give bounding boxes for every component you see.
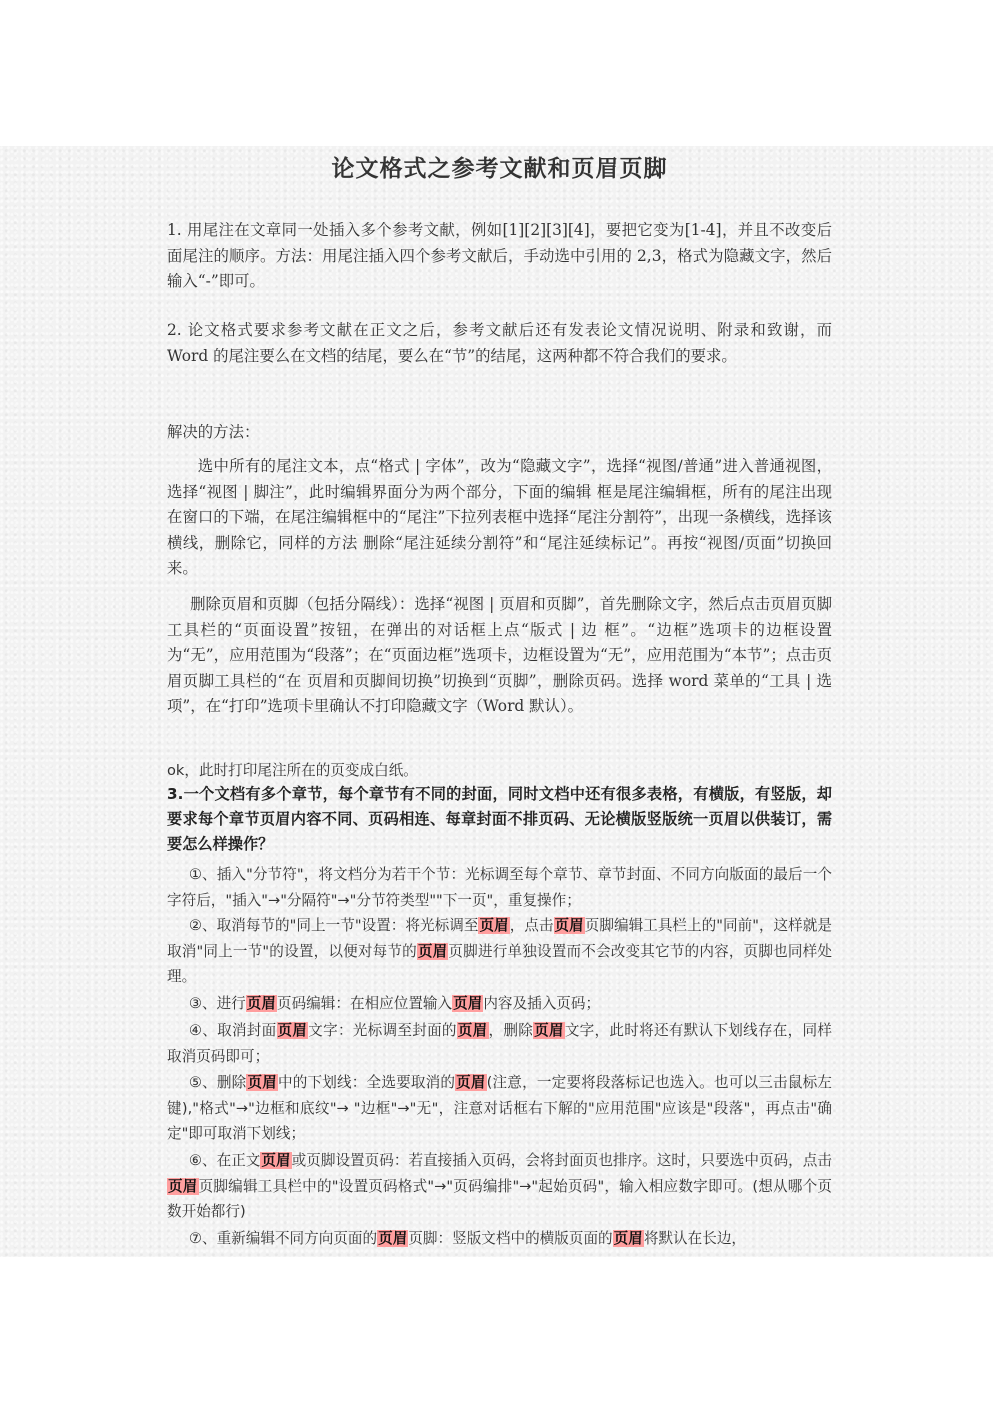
paragraph-2: 2. 论文格式要求参考文献在正文之后，参考文献后还有发表论文情况说明、附录和致谢…	[167, 318, 832, 369]
step-6-text-a: ⑥、在正文	[189, 1152, 261, 1169]
highlight-header-term: 页眉	[377, 1230, 408, 1247]
paragraph-ok: ok，此时打印尾注所在的页变成白纸。	[167, 758, 832, 784]
step-6-text-b: 或页脚设置页码：若直接插入页码，会将封面页也排序。这时，只要选中页码，点击	[292, 1152, 832, 1169]
highlight-header-term: 页眉	[455, 1074, 487, 1091]
paragraph-delete-header-footer: 删除页眉和页脚（包括分隔线）：选择“视图 | 页眉和页脚”，首先删除文字，然后点…	[167, 592, 832, 720]
step-1: ①、插入"分节符"，将文档分为若干个节：光标调至每个章节、章节封面、不同方向版面…	[167, 862, 832, 913]
step-7-text-b: 页脚：竖版文档中的横版页面的	[408, 1230, 612, 1247]
step-6-text-c: 页脚编辑工具栏中的"设置页码格式"→"页码编排"→"起始页码"，输入相应数字即可…	[167, 1178, 832, 1221]
step-2: ②、取消每节的"同上一节"设置：将光标调至页眉，点击页眉页脚编辑工具栏上的"同前…	[167, 913, 832, 990]
step-4-text-c: ，删除	[489, 1022, 534, 1039]
highlight-header-term: 页眉	[478, 917, 509, 934]
highlight-header-term: 页眉	[417, 943, 449, 960]
paragraph-1: 1. 用尾注在文章同一处插入多个参考文献，例如[1][2][3][4]，要把它变…	[167, 218, 832, 295]
highlight-header-term: 页眉	[554, 917, 585, 934]
step-5: ⑤、删除页眉中的下划线：全选要取消的页眉(注意，一定要将段落标记也选入。也可以三…	[167, 1070, 832, 1147]
step-2-text-a: ②、取消每节的"同上一节"设置：将光标调至	[189, 917, 479, 934]
paragraph-solution-heading: 解决的方法：	[167, 420, 832, 446]
highlight-header-term: 页眉	[277, 1022, 309, 1039]
highlight-header-term: 页眉	[457, 1022, 489, 1039]
step-3-text-c: 内容及插入页码；	[483, 995, 600, 1012]
step-4-text-b: 文字：光标调至封面的	[308, 1022, 457, 1039]
highlight-header-term: 页眉	[260, 1152, 291, 1169]
step-3: ③、进行页眉页码编辑：在相应位置输入页眉内容及插入页码；	[167, 991, 832, 1017]
step-4-text-a: ④、取消封面	[189, 1022, 277, 1039]
highlight-header-term: 页眉	[613, 1230, 644, 1247]
document-title: 论文格式之参考文献和页眉页脚	[167, 150, 832, 183]
step-6: ⑥、在正文页眉或页脚设置页码：若直接插入页码，会将封面页也排序。这时，只要选中页…	[167, 1148, 832, 1225]
step-5-text-b: 中的下划线：全选要取消的	[278, 1074, 455, 1091]
highlight-header-term: 页眉	[246, 995, 277, 1012]
step-4: ④、取消封面页眉文字：光标调至封面的页眉，删除页眉文字，此时将还有默认下划线存在…	[167, 1018, 832, 1069]
highlight-header-term: 页眉	[533, 1022, 565, 1039]
question-3-heading: 3.一个文档有多个章节，每个章节有不同的封面，同时文档中还有很多表格，有横版，有…	[167, 782, 832, 857]
step-7-text-c: 将默认在长边，	[644, 1230, 746, 1247]
step-3-text-b: 页码编辑：在相应位置输入	[277, 995, 452, 1012]
highlight-header-term: 页眉	[167, 1178, 199, 1195]
document-page: 论文格式之参考文献和页眉页脚 1. 用尾注在文章同一处插入多个参考文献，例如[1…	[0, 146, 993, 1257]
step-2-text-b: ，点击	[510, 917, 554, 934]
step-7-text-a: ⑦、重新编辑不同方向页面的	[189, 1230, 377, 1247]
step-5-text-a: ⑤、删除	[189, 1074, 247, 1091]
step-3-text-a: ③、进行	[189, 995, 246, 1012]
highlight-header-term: 页眉	[452, 995, 483, 1012]
step-7: ⑦、重新编辑不同方向页面的页眉页脚：竖版文档中的横版页面的页眉将默认在长边，	[167, 1226, 832, 1252]
highlight-header-term: 页眉	[246, 1074, 278, 1091]
paragraph-hide-endnote-separator: 选中所有的尾注文本，点“格式 | 字体”，改为“隐藏文字”，选择“视图/普通”进…	[167, 454, 832, 582]
